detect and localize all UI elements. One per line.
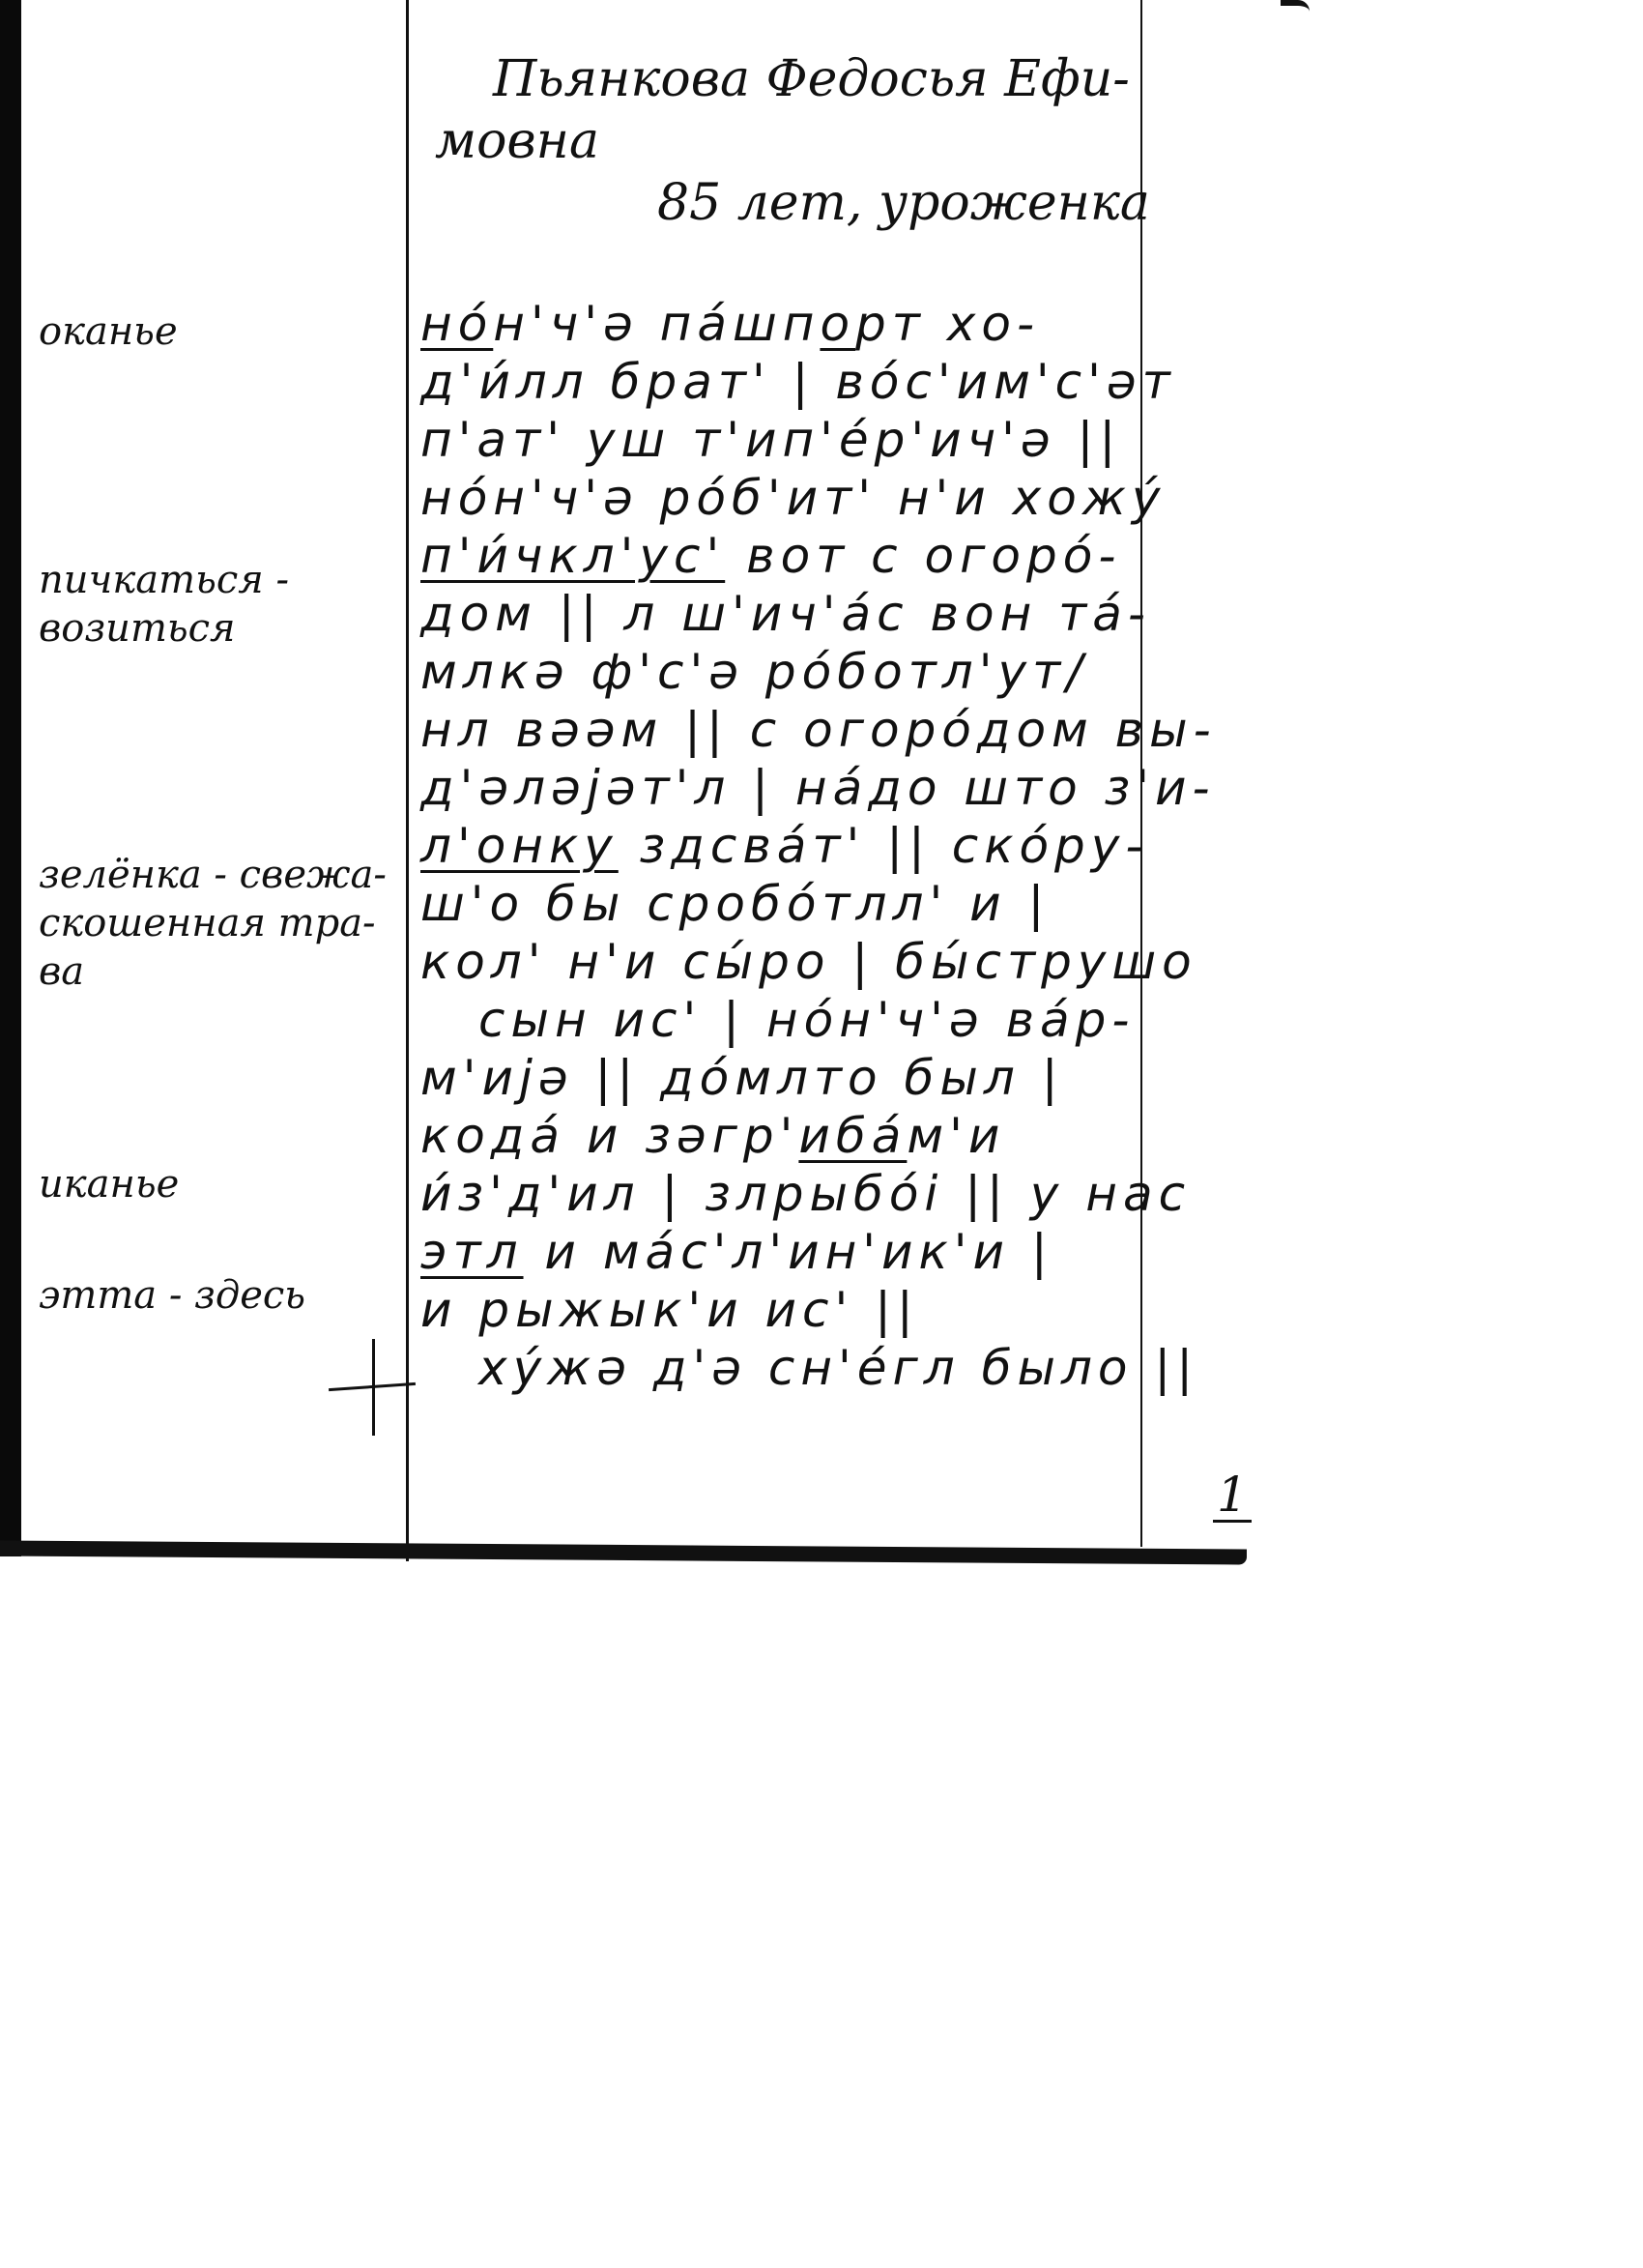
text-segment: ш'о бы сробо́тлл' и | xyxy=(420,876,1050,932)
transcript-line: но́н'ч'ә ро́б'ит' н'и хожу́ xyxy=(420,469,1310,527)
page-number: 1 xyxy=(1213,1469,1252,1523)
informant-name-line-2: мовна xyxy=(435,110,1285,172)
transcript-line: п'и́чкл'ус' вот с огоро́- xyxy=(420,527,1310,585)
transcript-line: этл и ма́с'л'ин'ик'и | xyxy=(420,1223,1310,1281)
transcript-line: л'онку здсва́т' || ско́ру- xyxy=(420,817,1310,875)
page-corner-mark xyxy=(1281,0,1310,15)
transcript-line: и рыжык'и ис' || xyxy=(420,1281,1310,1339)
underlined-segment: но xyxy=(420,296,493,352)
transcript-line: м'ијә || до́млто был | xyxy=(420,1049,1310,1107)
transcript-line: нл вәәм || с огоро́дом вы- xyxy=(420,701,1310,759)
text-segment: рт хо- xyxy=(855,296,1040,352)
text-segment: ху́жә д'ә сн'е́гл было || xyxy=(478,1340,1198,1396)
cross-mark-icon xyxy=(329,1339,416,1436)
text-segment: вот с огоро́- xyxy=(725,528,1121,584)
text-segment: ́н'ч'ә па́шп xyxy=(493,296,820,352)
text-segment: и́з'д'ил | злрыбо́і || у нас xyxy=(420,1166,1191,1222)
underlined-segment: о xyxy=(820,296,855,352)
text-segment: но́н'ч'ә ро́б'ит' н'и хожу́ xyxy=(420,470,1166,526)
bottom-page-shadow xyxy=(0,1540,1247,1564)
margin-gloss: пичкаться - xyxy=(39,556,289,604)
transcript-line: ш'о бы сробо́тлл' и | xyxy=(420,875,1310,933)
transcript-line: д'и́лл брат' | во́с'им'с'әт xyxy=(420,353,1310,411)
transcript-line: дом || л ш'ич'а́с вон та́- xyxy=(420,585,1310,643)
text-segment: и рыжык'и ис' || xyxy=(420,1282,919,1338)
margin-gloss: иканье xyxy=(39,1160,179,1208)
text-segment: нл вәәм || с огоро́дом вы- xyxy=(420,702,1217,758)
transcript-line: но́н'ч'ә па́шпорт хо- xyxy=(420,295,1310,353)
transcript-line: д'әләјәт'л | на́до што з'и- xyxy=(420,759,1310,817)
margin-gloss: зелёнка - свежа- xyxy=(39,851,387,899)
transcript-line: п'ат' уш т'ип'е́р'ич'ә || xyxy=(420,411,1310,469)
text-segment: м'ијә || до́млто был | xyxy=(420,1050,1064,1106)
informant-age-origin: 85 лет, уроженка xyxy=(657,172,1285,234)
margin-gloss: скошенная тра- xyxy=(39,899,376,947)
scan-left-edge xyxy=(0,0,21,1556)
margin-rule-line xyxy=(406,0,409,1561)
text-segment: кода́ и зәгр' xyxy=(420,1108,798,1164)
margin-gloss: возиться xyxy=(39,604,236,653)
transcript-line: и́з'д'ил | злрыбо́і || у нас xyxy=(420,1165,1310,1223)
text-segment: м'и xyxy=(907,1108,1005,1164)
margin-gloss: ва xyxy=(39,947,84,996)
dialect-transcription: но́н'ч'ә па́шпорт хо-д'и́лл брат' | во́с… xyxy=(420,295,1310,1397)
transcript-line: кол' н'и сы́ро | бы́струшо xyxy=(420,933,1310,991)
text-segment: д'и́лл брат' | во́с'им'с'әт xyxy=(420,354,1176,410)
text-segment: млкә ф'с'ә ро́ботл'ут/ xyxy=(420,644,1088,700)
margin-gloss: оканье xyxy=(39,307,178,356)
informant-name-line-1: Пьянкова Федосья Ефи- xyxy=(493,48,1285,110)
text-segment: п'ат' уш т'ип'е́р'ич'ә || xyxy=(420,412,1121,468)
transcript-line: сын ис' | но́н'ч'ә ва́р- xyxy=(420,991,1310,1049)
text-segment: д'әләјәт'л | на́до што з'и- xyxy=(420,760,1216,816)
underlined-segment: иба́ xyxy=(798,1108,907,1164)
transcript-line: млкә ф'с'ә ро́ботл'ут/ xyxy=(420,643,1310,701)
text-segment: сын ис' | но́н'ч'ә ва́р- xyxy=(478,992,1135,1048)
underlined-segment: п'и́чкл'ус' xyxy=(420,528,725,584)
underlined-segment: этл xyxy=(420,1224,524,1280)
text-segment: здсва́т' || ско́ру- xyxy=(619,818,1149,874)
text-segment: и ма́с'л'ин'ик'и | xyxy=(524,1224,1053,1280)
margin-gloss: этта - здесь xyxy=(39,1271,305,1320)
text-segment: дом || л ш'ич'а́с вон та́- xyxy=(420,586,1151,642)
transcript-line: ху́жә д'ә сн'е́гл было || xyxy=(420,1339,1310,1397)
text-segment: кол' н'и сы́ро | бы́струшо xyxy=(420,934,1197,990)
transcript-line: кода́ и зәгр'иба́м'и xyxy=(420,1107,1310,1165)
informant-header: Пьянкова Федосья Ефи- мовна 85 лет, урож… xyxy=(454,48,1285,234)
underlined-segment: л'онку xyxy=(420,818,619,874)
